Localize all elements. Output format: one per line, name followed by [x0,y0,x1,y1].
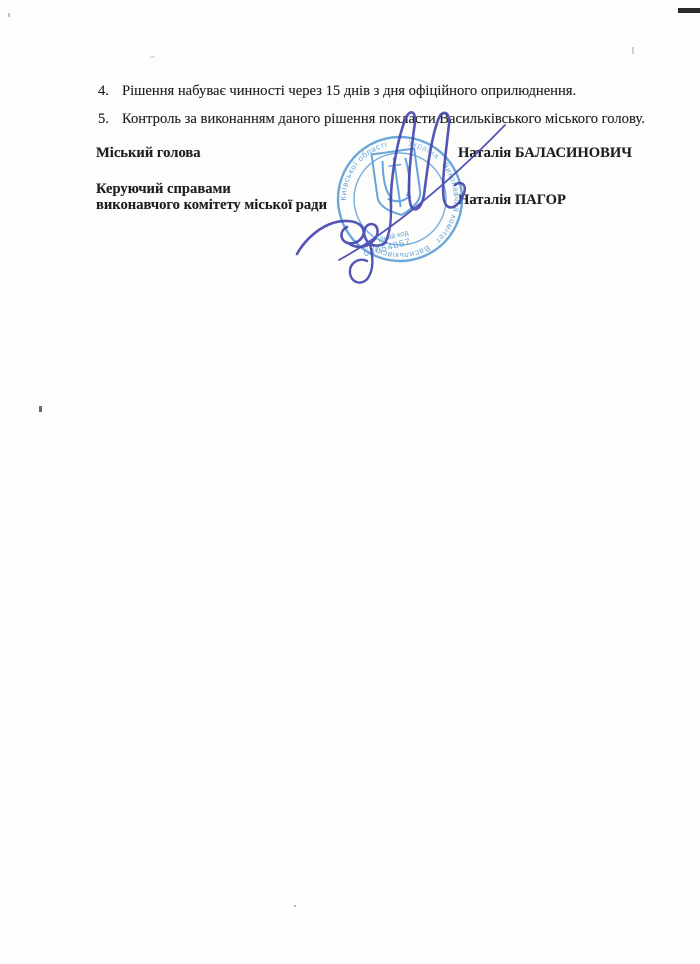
seal-code-value: 04054857 [363,236,413,258]
signature-stroke [297,221,364,254]
trident-left-prong [381,161,391,199]
seal-ring-text: Васильківської [363,233,432,266]
signatory-title-manager: Керуючий справами виконавчого комітету м… [96,182,327,213]
scan-artifact [678,8,700,13]
seal-ring-text-bottom: Васильківської [363,233,432,266]
official-seal: Київської області Україна Виконавчий ком… [330,129,470,269]
list-item-text: Рішення набуває чинності через 15 днів з… [122,84,576,100]
signatory-title-line1: Керуючий справами [96,182,327,198]
signatory-title-mayor: Міський голова [96,146,201,162]
scanned-document-page: 4. Рішення набуває чинності через 15 дні… [0,0,700,964]
emblem-shield [372,149,423,218]
signature-stroke [348,224,386,247]
scan-artifact [39,406,42,412]
signature-stroke [385,207,391,243]
signatory-name-mayor: Наталія БАЛАСИНОВИЧ [458,146,632,162]
seal-ring-text-left: Київської області [331,139,394,201]
seal-ring-text: Україна [406,134,442,164]
seal-ring-text-top: Україна [406,134,442,164]
list-item-number: 5. [98,112,122,128]
trident-crossbar [388,164,401,166]
seal-outer-ring [330,129,470,269]
scan-artifact [150,56,155,58]
trident-base [388,195,411,202]
list-item-text: Контроль за виконанням даного рішення по… [122,112,645,128]
trident-right-prong [401,158,411,196]
trident-emblem [372,149,423,218]
list-item-number: 4. [98,84,122,100]
signatory-name-manager: Наталія ПАГОР [458,193,566,209]
seal-ring-text: Київської області [331,139,394,201]
scan-artifact [632,47,634,54]
list-item: 5. Контроль за виконанням даного рішення… [98,112,645,128]
scan-artifact [294,905,296,907]
scan-artifact [8,13,10,17]
signatory-title-line2: виконавчого комітету міської ради [96,198,327,214]
signature-stroke [350,244,372,283]
list-item: 4. Рішення набуває чинності через 15 дні… [98,84,576,100]
seal-inner-ring [348,147,452,251]
trident-center-prong [394,157,401,207]
seal-code-label: ійний код [377,227,410,244]
